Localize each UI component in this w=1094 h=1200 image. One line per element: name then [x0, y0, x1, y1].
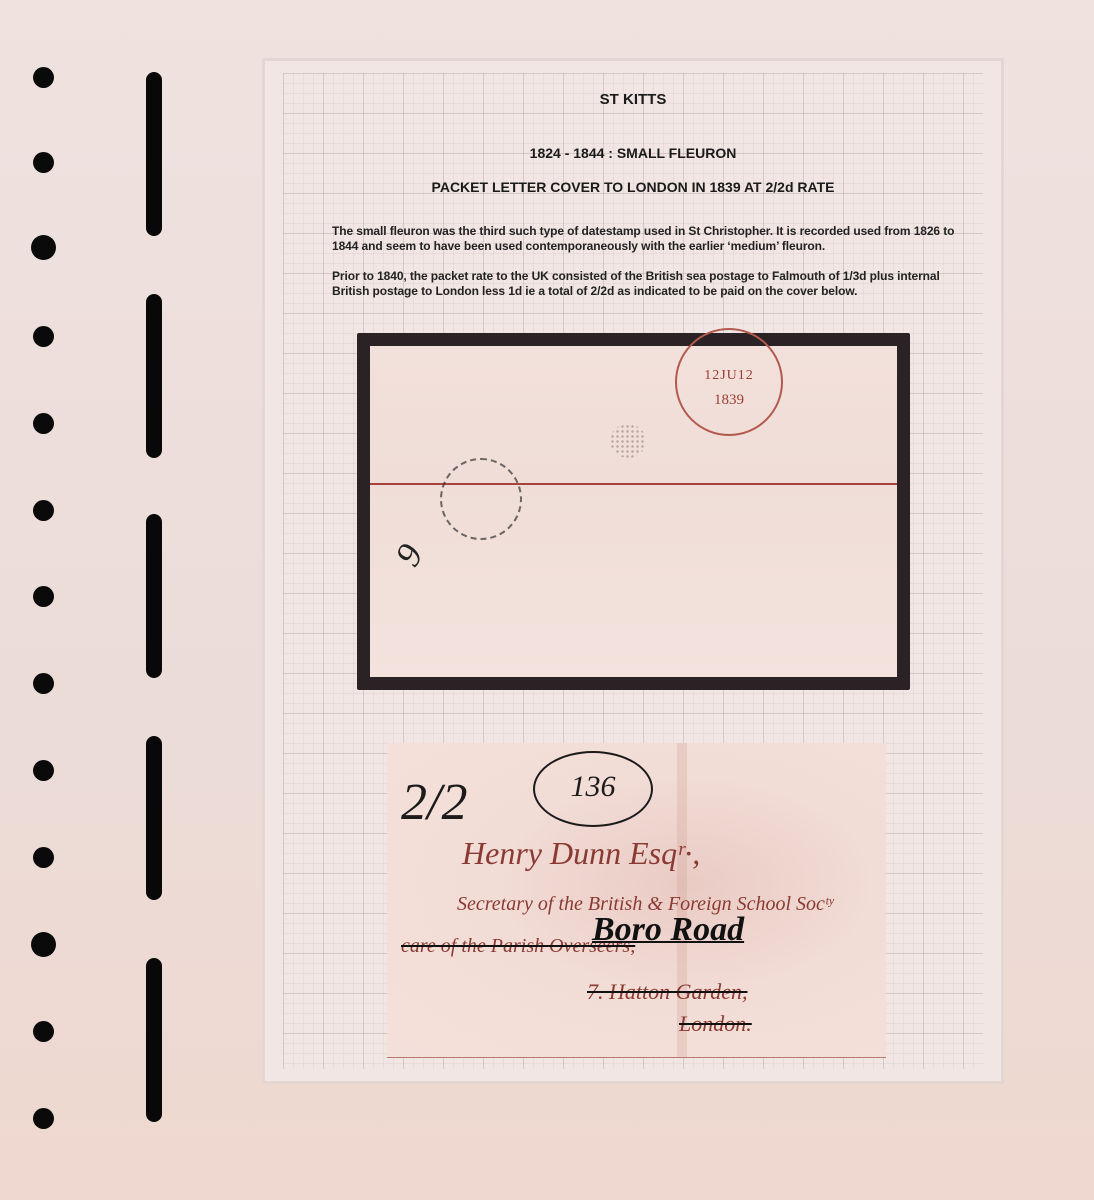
rate-marking: 2/2: [401, 773, 467, 832]
binder-slot: [146, 72, 162, 236]
oval-number-marking: 136: [533, 751, 653, 827]
redirect-address: Boro Road: [592, 911, 744, 949]
period-heading: 1824 - 1844 : SMALL FLEURON: [265, 145, 1001, 161]
binder-hole: [33, 152, 54, 173]
binder-hole: [33, 67, 54, 88]
binder-slot: [146, 736, 162, 900]
london-arrival-datestamp: 12JU12 1839: [675, 328, 783, 436]
binder-hole: [31, 932, 56, 957]
wax-seal-impression: [610, 424, 646, 458]
description-paragraph-1: The small fleuron was the third such typ…: [332, 224, 972, 254]
binder-hole: [31, 235, 56, 260]
binder-hole: [33, 1021, 54, 1042]
page-title: ST KITTS: [265, 91, 1001, 108]
address-line-5: London.: [679, 1011, 752, 1037]
cover-front: 2/2 136 Henry Dunn Esqʳ·, Secretary of t…: [387, 743, 886, 1057]
binder-hole: [33, 413, 54, 434]
binder-hole: [33, 326, 54, 347]
binder-hole: [33, 847, 54, 868]
cover-back-mount: 12JU12 1839 9: [357, 333, 910, 690]
binder-hole: [33, 673, 54, 694]
binder-hole: [33, 586, 54, 607]
binder-hole: [33, 760, 54, 781]
address-line-1: Henry Dunn Esqʳ·,: [462, 835, 700, 872]
binder-slot: [146, 958, 162, 1122]
binder-hole: [33, 500, 54, 521]
binder-hole: [33, 1108, 54, 1129]
manuscript-mark: 9: [386, 537, 431, 574]
description-paragraph-2: Prior to 1840, the packet rate to the UK…: [332, 269, 972, 299]
address-line-4: 7. Hatton Garden,: [587, 979, 748, 1005]
binder-slot: [146, 514, 162, 678]
small-fleuron-datestamp: [440, 458, 522, 540]
cover-back: 12JU12 1839 9: [370, 346, 897, 677]
binder-slot: [146, 294, 162, 458]
subject-heading: PACKET LETTER COVER TO LONDON IN 1839 AT…: [265, 179, 1001, 195]
